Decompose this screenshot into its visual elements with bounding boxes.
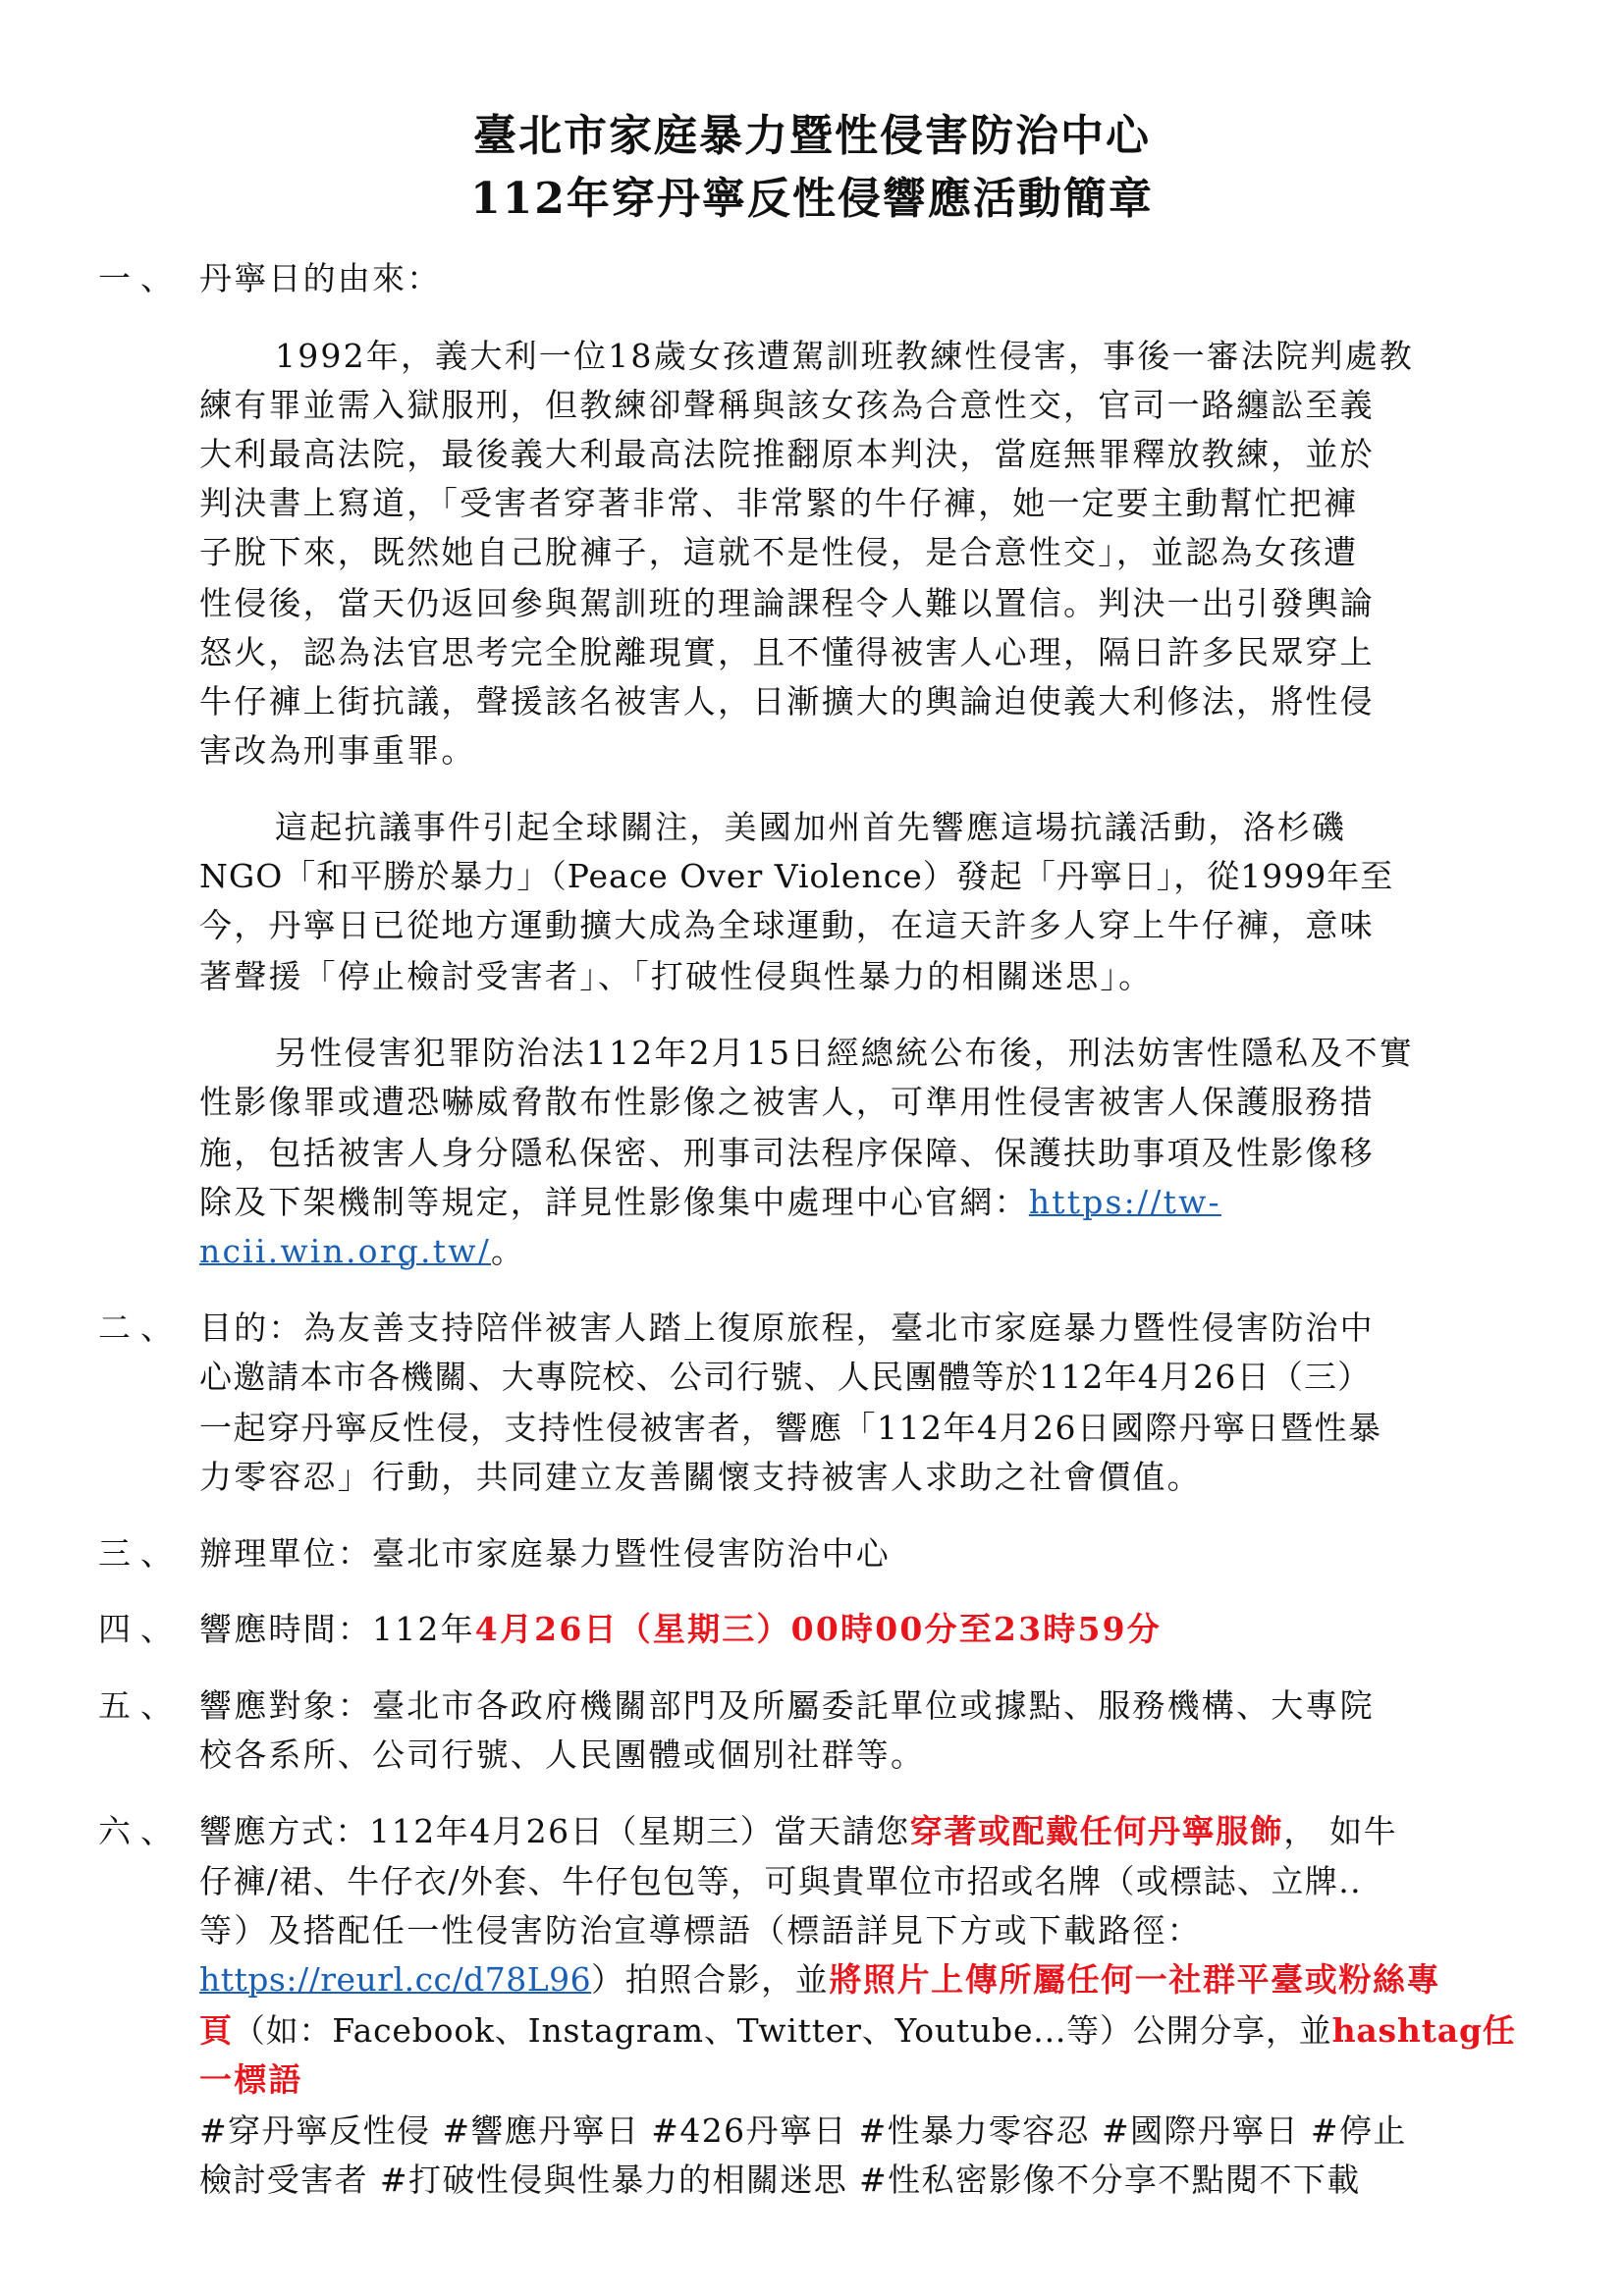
section-4-number: 四、	[98, 1608, 183, 1651]
section-2-line: 力零容忍」行動，共同建立友善關懷支持被害人求助之社會價值。	[199, 1456, 1202, 1499]
method-highlight-slogan: 一標語	[199, 2060, 303, 2099]
section-6-line: https://reurl.cc/d78L96）拍照合影，並將照片上傳所屬任何一…	[199, 1958, 1440, 2002]
section-2-line: 一起穿丹寧反性侵，支持性侵被害者，響應「112年4月26日國際丹寧日暨性暴	[199, 1407, 1381, 1450]
method-text-tail: ， 如牛	[1283, 1812, 1397, 1850]
para-1-line: 1992年，義大利一位18歲女孩遭駕訓班教練性侵害，事後一審法院判處教	[275, 335, 1414, 378]
para-1-line: 練有罪並需入獄服刑，但教練卻聲稱與該女孩為合意性交，官司一路纏訟至義	[199, 384, 1375, 427]
ncii-website-link-cont[interactable]: ncii.win.org.tw/	[199, 1232, 491, 1270]
hashtags-line: #穿丹寧反性侵 #響應丹寧日 #426丹寧日 #性暴力零容忍 #國際丹寧日 #停…	[199, 2109, 1407, 2153]
section-2-line: 目的：為友善支持陪伴被害人踏上復原旅程，臺北市家庭暴力暨性侵害防治中	[199, 1307, 1375, 1350]
section-1-number: 一、	[98, 257, 183, 300]
para-2-line: 著聲援「停止檢討受害者」、「打破性侵與性暴力的相關迷思」。	[199, 955, 1153, 998]
section-5-line: 響應對象：臺北市各政府機關部門及所屬委託單位或據點、服務機構、大專院	[199, 1684, 1375, 1728]
organizer-value: 臺北市家庭暴力暨性侵害防治中心	[372, 1534, 891, 1573]
organizer-label: 辦理單位：	[199, 1534, 372, 1573]
para-3-text: 除及下架機制等規定，詳見性影像集中處理中心官網：	[199, 1183, 1029, 1221]
document-title-line1: 臺北市家庭暴力暨性侵害防治中心	[0, 110, 1624, 163]
section-3-number: 三、	[98, 1532, 183, 1575]
method-text: 響應方式：112年4月26日（星期三）當天請您	[199, 1812, 910, 1850]
section-1-heading: 丹寧日的由來：	[199, 257, 441, 300]
para-2-line: 今，丹寧日已從地方運動擴大成為全球運動，在這天許多人穿上牛仔褲，意味	[199, 904, 1375, 947]
section-5-number: 五、	[98, 1684, 183, 1728]
section-4-line: 響應時間：112年4月26日（星期三）00時00分至23時59分	[199, 1608, 1162, 1651]
method-text: ）拍照合影，並	[591, 1960, 829, 1999]
time-highlight: 4月26日（星期三）00時00分至23時59分	[475, 1610, 1162, 1648]
para-1-line: 性侵後，當天仍返回參與駕訓班的理論課程令人難以置信。判決一出引發輿論	[199, 582, 1375, 625]
section-6-line: 頁（如：Facebook、Instagram、Twitter、Youtube..…	[199, 2009, 1516, 2053]
para-3-line: 另性侵害犯罪防治法112年2月15日經總統公布後，刑法妨害性隱私及不實	[275, 1032, 1414, 1075]
para-1-line: 怒火，認為法官思考完全脫離現實，且不懂得被害人心理，隔日許多民眾穿上	[199, 631, 1375, 674]
section-6-line: 等）及搭配任一性侵害防治宣導標語（標語詳見下方或下載路徑：	[199, 1909, 1202, 1952]
para-2-line: 這起抗議事件引起全球關注，美國加州首先響應這場抗議活動，洛杉磯	[275, 806, 1346, 849]
para-1-line: 牛仔褲上街抗議，聲援該名被害人，日漸擴大的輿論迫使義大利修法，將性侵	[199, 680, 1375, 723]
section-6-number: 六、	[98, 1810, 183, 1853]
para-3-line: 性影像罪或遭恐嚇威脅散布性影像之被害人，可準用性侵害被害人保護服務措	[199, 1081, 1375, 1124]
para-3-line: ncii.win.org.tw/。	[199, 1230, 525, 1273]
section-3-line: 辦理單位：臺北市家庭暴力暨性侵害防治中心	[199, 1532, 891, 1575]
slogan-download-link[interactable]: https://reurl.cc/d78L96	[199, 1960, 591, 1999]
section-2-line: 心邀請本市各機關、大專院校、公司行號、人民團體等於112年4月26日（三）	[199, 1356, 1371, 1399]
method-text: （如：Facebook、Instagram、Twitter、Youtube...…	[233, 2011, 1332, 2050]
section-6-line: 仔褲/裙、牛仔衣/外套、牛仔包包等，可與貴單位市招或名牌（或標誌、立牌..	[199, 1860, 1362, 1903]
method-highlight-upload: 將照片上傳所屬任何一社群平臺或粉絲專	[829, 1960, 1440, 1999]
document-title-line2: 112年穿丹寧反性侵響應活動簡章	[0, 173, 1624, 226]
method-highlight-denim: 穿著或配戴任何丹寧服飾	[910, 1812, 1284, 1850]
para-1-line: 害改為刑事重罪。	[199, 729, 476, 773]
method-highlight-hashtag: hashtag任	[1332, 2011, 1516, 2050]
time-label: 響應時間：	[199, 1610, 372, 1648]
section-5-line: 校各系所、公司行號、人民團體或個別社群等。	[199, 1734, 925, 1777]
ncii-website-link[interactable]: https://tw-	[1029, 1183, 1221, 1221]
para-3-line: 除及下架機制等規定，詳見性影像集中處理中心官網：https://tw-	[199, 1181, 1221, 1224]
section-2-number: 二、	[98, 1307, 183, 1350]
para-3-period: 。	[491, 1232, 525, 1270]
hashtags-line: 檢討受害者 #打破性侵與性暴力的相關迷思 #性私密影像不分享不點閱不下載	[199, 2159, 1361, 2202]
para-3-line: 施，包括被害人身分隱私保密、刑事司法程序保障、保護扶助事項及性影像移	[199, 1132, 1375, 1175]
para-2-line: NGO「和平勝於暴力」（Peace Over Violence）發起「丹寧日」，…	[199, 855, 1393, 898]
time-year: 112年	[372, 1610, 475, 1648]
para-1-line: 子脫下來，既然她自己脫褲子，這就不是性侵，是合意性交」，並認為女孩遭	[199, 531, 1358, 574]
section-6-line: 一標語	[199, 2058, 303, 2102]
section-6-line: 響應方式：112年4月26日（星期三）當天請您穿著或配戴任何丹寧服飾， 如牛	[199, 1810, 1397, 1853]
method-highlight-page: 頁	[199, 2011, 233, 2050]
para-1-line: 大利最高法院，最後義大利最高法院推翻原本判決，當庭無罪釋放教練，並於	[199, 433, 1375, 476]
para-1-line: 判決書上寫道，「受害者穿著非常、非常緊的牛仔褲，她一定要主動幫忙把褲	[199, 482, 1358, 525]
